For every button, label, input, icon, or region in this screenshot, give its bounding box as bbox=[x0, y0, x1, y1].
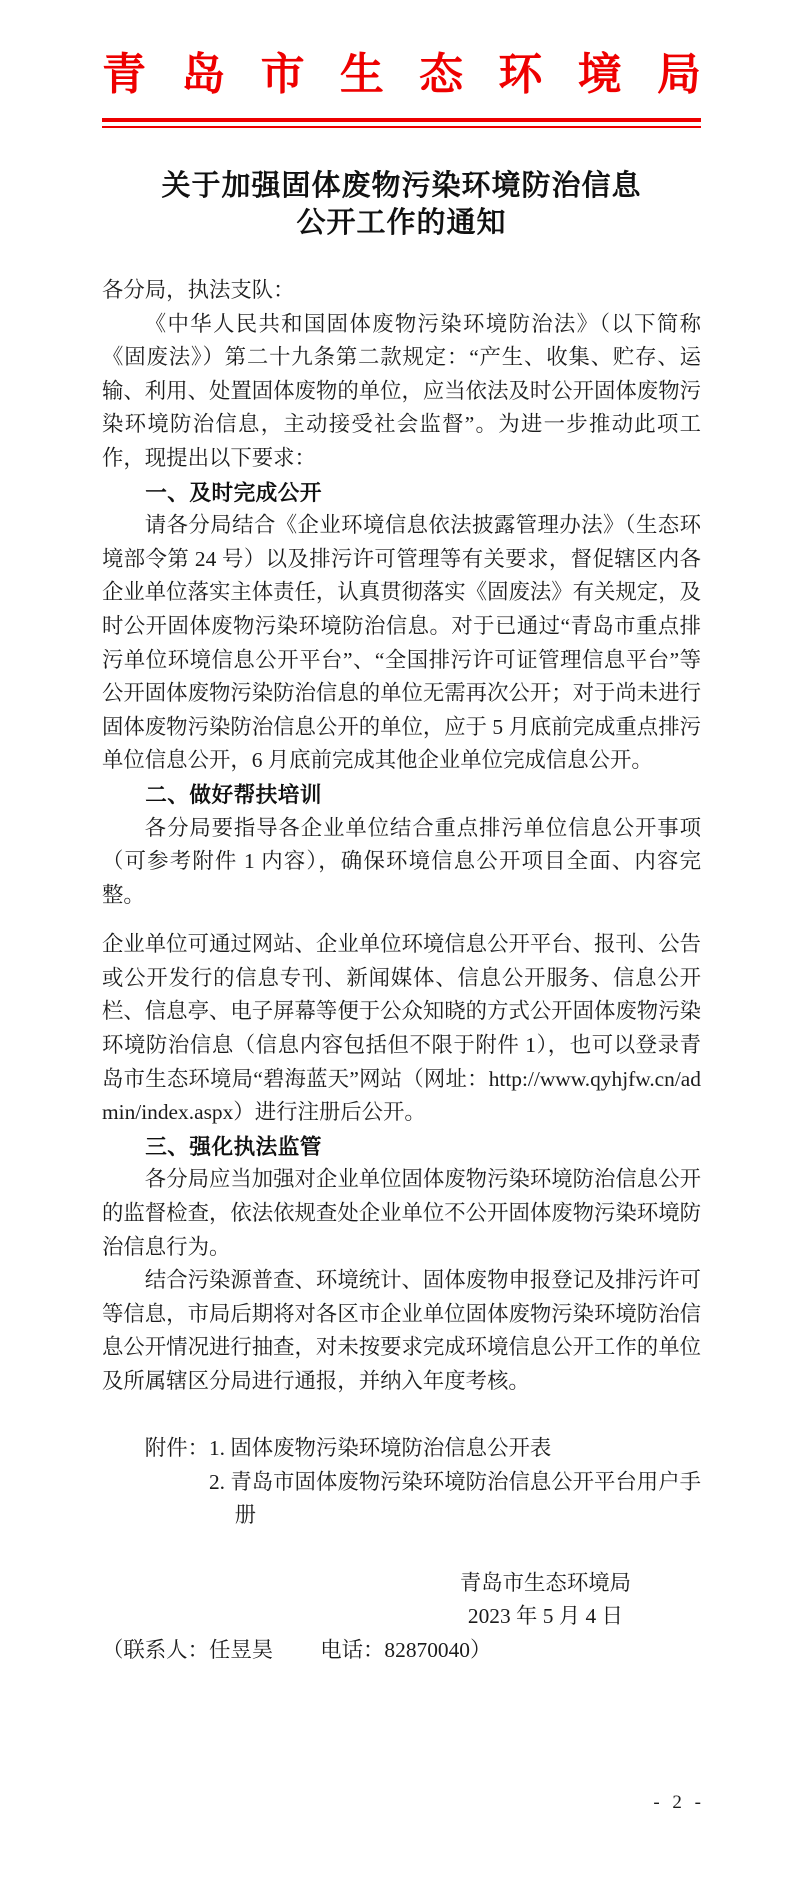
contact-person-label: （联系人： bbox=[102, 1638, 209, 1662]
section-3-paragraph-1: 各分局应当加强对企业单位固体废物污染环境防治信息公开的监督检查，依法依规查处企业… bbox=[102, 1163, 701, 1264]
letterhead-agency-title: 青岛市生态环境局 bbox=[102, 0, 701, 104]
contact-phone-number: 82870040 bbox=[384, 1638, 470, 1662]
document-title: 关于加强固体废物污染环境防治信息 公开工作的通知 bbox=[102, 168, 701, 242]
contact-person-name: 任昱昊 bbox=[209, 1638, 273, 1662]
section-3-paragraph-2: 结合污染源普查、环境统计、固体废物申报登记及排污许可等信息，市局后期将对各区市企… bbox=[102, 1264, 701, 1398]
intro-paragraph: 《中华人民共和国固体废物污染环境防治法》（以下简称《固废法》）第二十九条第二款规… bbox=[102, 308, 701, 476]
document-page: 青岛市生态环境局 关于加强固体废物污染环境防治信息 公开工作的通知 各分局，执法… bbox=[0, 0, 793, 1890]
contact-phone-label: 电话： bbox=[320, 1638, 384, 1662]
contact-close-paren: ） bbox=[470, 1638, 491, 1662]
signature-date: 2023 年 5 月 4 日 bbox=[460, 1600, 631, 1634]
attachments-list: 1. 固体废物污染环境防治信息公开表 2. 青岛市固体废物污染环境防治信息公开平… bbox=[209, 1432, 701, 1533]
attachments-block: 附件： 1. 固体废物污染环境防治信息公开表 2. 青岛市固体废物污染环境防治信… bbox=[102, 1432, 701, 1533]
contact-line: （联系人：任昱昊电话：82870040） bbox=[102, 1634, 701, 1668]
section-3-heading: 三、强化执法监管 bbox=[102, 1130, 701, 1164]
document-body: 各分局，执法支队： 《中华人民共和国固体废物污染环境防治法》（以下简称《固废法》… bbox=[102, 274, 701, 1667]
signature-block: 青岛市生态环境局 2023 年 5 月 4 日 bbox=[102, 1567, 701, 1634]
document-title-line-1: 关于加强固体废物污染环境防治信息 bbox=[102, 168, 701, 205]
attachment-item-1: 1. 固体废物污染环境防治信息公开表 bbox=[209, 1432, 701, 1466]
page-number: - 2 - bbox=[653, 1792, 705, 1814]
attachment-item-2: 2. 青岛市固体废物污染环境防治信息公开平台用户手册 bbox=[209, 1466, 701, 1533]
salutation: 各分局，执法支队： bbox=[102, 274, 701, 308]
section-2-heading: 二、做好帮扶培训 bbox=[102, 778, 701, 812]
document-title-line-2: 公开工作的通知 bbox=[102, 205, 701, 242]
section-1-heading: 一、及时完成公开 bbox=[102, 476, 701, 510]
platform-note-paragraph: 企业单位可通过网站、企业单位环境信息公开平台、报刊、公告或公开发行的信息专刊、新… bbox=[102, 928, 701, 1130]
section-2-paragraph: 各分局要指导各企业单位结合重点排污单位信息公开事项（可参考附件 1 内容），确保… bbox=[102, 812, 701, 913]
attachments-label: 附件： bbox=[145, 1432, 209, 1533]
letterhead-divider bbox=[102, 118, 701, 128]
section-1-paragraph: 请各分局结合《企业环境信息依法披露管理办法》（生态环境部令第 24 号）以及排污… bbox=[102, 509, 701, 778]
signature-agency: 青岛市生态环境局 bbox=[460, 1567, 631, 1601]
